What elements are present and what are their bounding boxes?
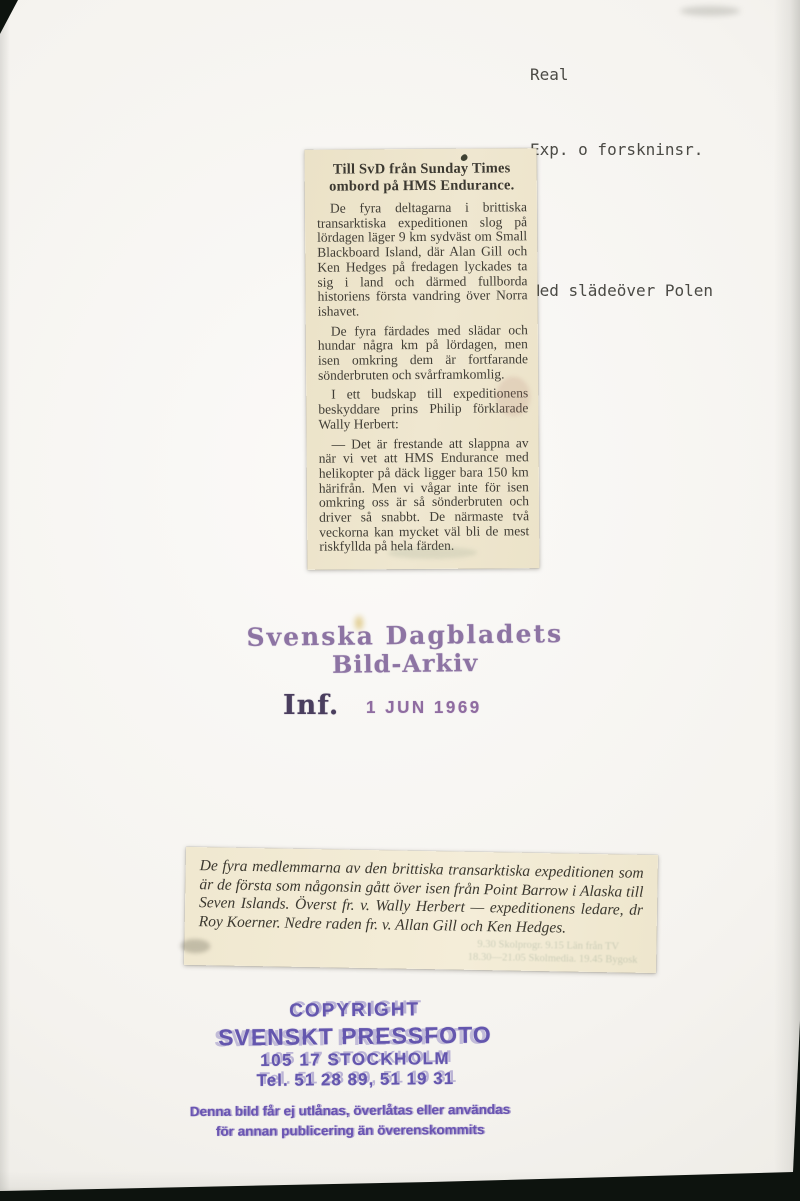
caption-clipping: De fyra medlemmarna av den brittiska tra… xyxy=(184,847,658,973)
article-paragraph: — Det är frestande att slappna av när vi… xyxy=(319,436,530,555)
typed-line-subject: Exp. o forskninsr. xyxy=(530,137,713,162)
article-paragraph: De fyra färdades med slädar och hundar n… xyxy=(318,323,528,383)
date-stamp: 1 JUN 1969 xyxy=(366,698,482,719)
inf-stamp: Inf. xyxy=(283,690,339,721)
pencil-smudge xyxy=(180,939,210,954)
bleedthrough-smudge xyxy=(496,376,530,416)
bleedthrough-smudge xyxy=(387,547,477,560)
typed-line-title: Med slädeöver Polen xyxy=(530,278,713,303)
copyright-stamp-line4: Tel. 51 28 89, 51 19 31 xyxy=(175,1068,535,1092)
copyright-stamp: COPYRIGHT SVENSKT PRESSFOTO 105 17 STOCK… xyxy=(175,997,536,1092)
newspaper-article-clipping: Till SvD från Sunday Times ombord på HMS… xyxy=(305,148,540,570)
photo-verso-paper: Real Exp. o forskninsr. Med slädeöver Po… xyxy=(0,0,800,1201)
article-paragraph: De fyra deltagarna i brittiska transarkt… xyxy=(317,200,528,319)
article-heading: Till SvD från Sunday Times ombord på HMS… xyxy=(317,160,527,195)
yellow-speck xyxy=(355,616,363,630)
archive-stamp: Svenska Dagbladets Bild-Arkiv xyxy=(240,620,571,679)
scan-smudge xyxy=(680,6,740,16)
typed-annotations: Real Exp. o forskninsr. Med slädeöver Po… xyxy=(530,12,713,353)
copyright-stamp-line2: SVENSKT PRESSFOTO xyxy=(175,1020,535,1052)
archive-stamp-line1: Svenska Dagbladets xyxy=(240,620,570,652)
typed-line-category: Real xyxy=(530,62,713,87)
bleedthrough-text: 18.30—21.05 Skolmedia. 19.45 Bygosk xyxy=(468,951,638,966)
restriction-stamp-line2: för annan publicering än överenskommits xyxy=(140,1120,560,1143)
bleedthrough-text: 9.30 Skolprogr. 9.15 Län från TV xyxy=(477,938,619,952)
restriction-stamp: Denna bild får ej utlånas, överlåtas ell… xyxy=(140,1100,560,1143)
caption-text: De fyra medlemmarna av den brittiska tra… xyxy=(199,857,644,939)
restriction-stamp-line1: Denna bild får ej utlånas, överlåtas ell… xyxy=(140,1100,560,1123)
archive-stamp-line2: Bild-Arkiv xyxy=(240,648,570,679)
typed-gap xyxy=(530,212,713,228)
